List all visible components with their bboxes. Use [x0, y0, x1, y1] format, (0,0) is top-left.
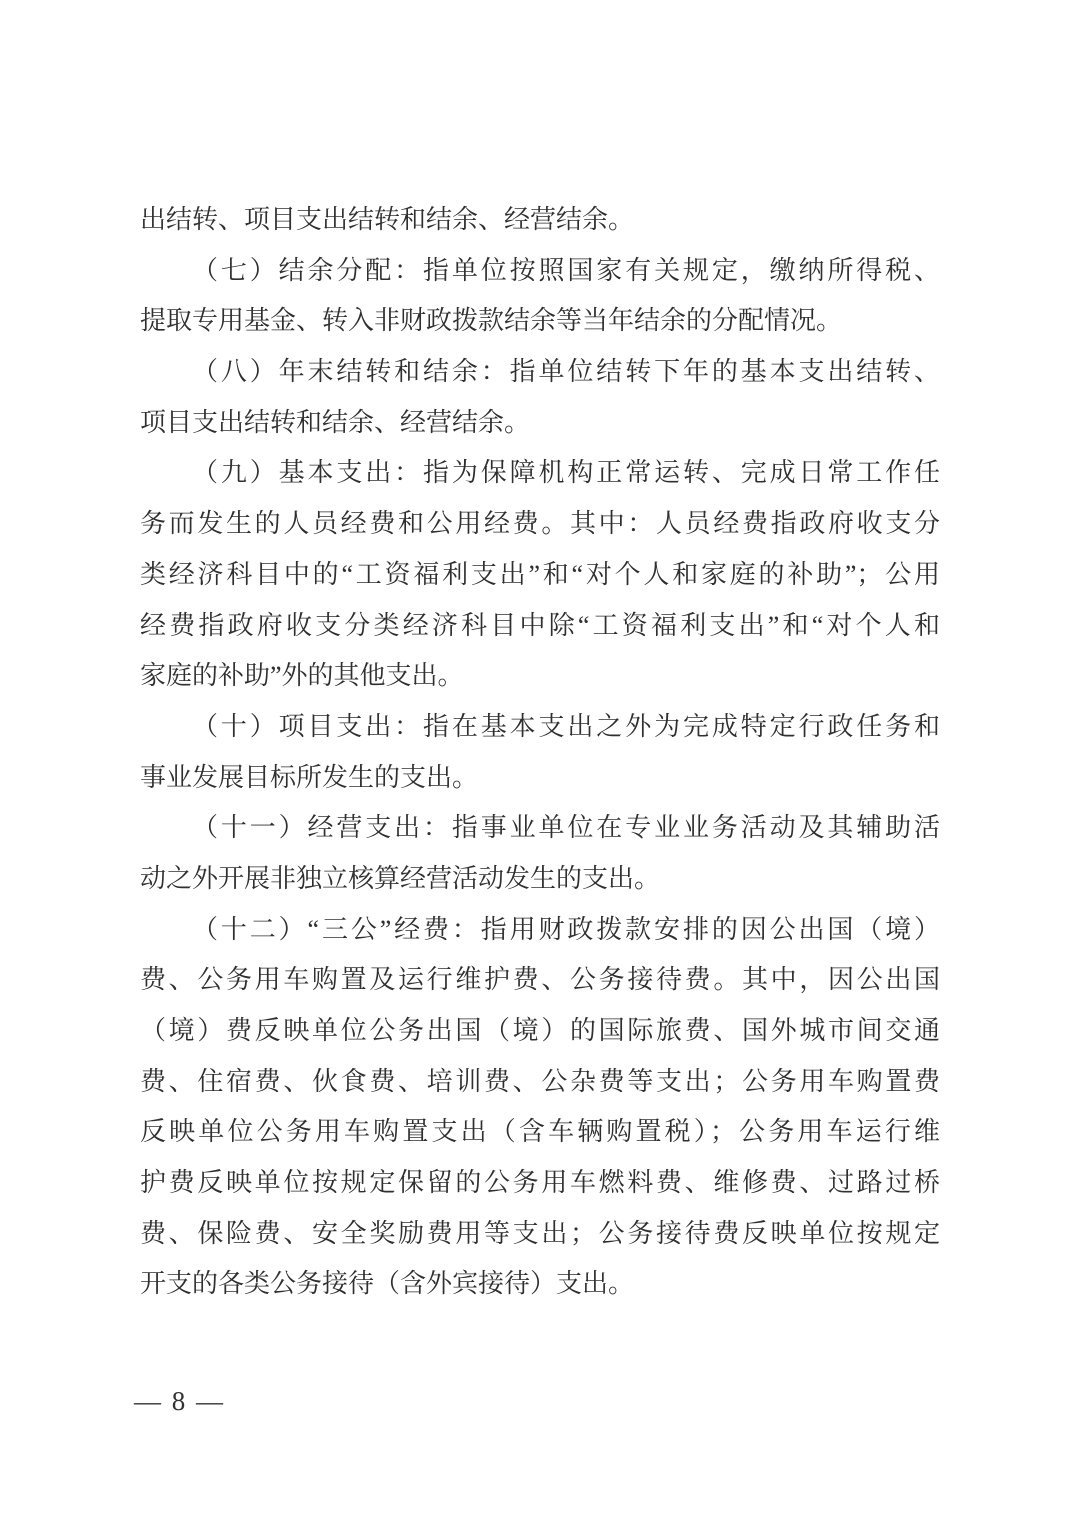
document-page: 出结转、项目支出结转和结余、经营结余。 （七）结余分配：指单位按照国家有关规定，… — [0, 0, 1074, 1520]
body-line: （八）年末结转和结余：指单位结转下年的基本支出结转、 — [140, 347, 940, 398]
body-line: 出结转、项目支出结转和结余、经营结余。 — [140, 195, 940, 246]
body-line: 费、住宿费、伙食费、培训费、公杂费等支出；公务用车购置费 — [140, 1057, 940, 1108]
body-line: （十二）“三公”经费：指用财政拨款安排的因公出国（境） — [140, 905, 940, 956]
body-line: 经费指政府收支分类经济科目中除“工资福利支出”和“对个人和 — [140, 601, 940, 652]
page-footer: — 8 — — [134, 1386, 225, 1417]
body-line: 护费反映单位按规定保留的公务用车燃料费、维修费、过路过桥 — [140, 1158, 940, 1209]
body-line: （七）结余分配：指单位按照国家有关规定，缴纳所得税、 — [140, 246, 940, 297]
document-body: 出结转、项目支出结转和结余、经营结余。 （七）结余分配：指单位按照国家有关规定，… — [140, 195, 940, 1310]
body-line: 反映单位公务用车购置支出（含车辆购置税）；公务用车运行维 — [140, 1107, 940, 1158]
body-line: 费、公务用车购置及运行维护费、公务接待费。其中，因公出国 — [140, 955, 940, 1006]
body-line: 费、保险费、安全奖励费用等支出；公务接待费反映单位按规定 — [140, 1209, 940, 1260]
page-number: — 8 — — [134, 1386, 225, 1416]
body-line: （十一）经营支出：指事业单位在专业业务活动及其辅助活 — [140, 803, 940, 854]
body-line: 家庭的补助”外的其他支出。 — [140, 651, 940, 702]
body-line: （十）项目支出：指在基本支出之外为完成特定行政任务和 — [140, 702, 940, 753]
body-line: 类经济科目中的“工资福利支出”和“对个人和家庭的补助”；公用 — [140, 550, 940, 601]
body-line: 开支的各类公务接待（含外宾接待）支出。 — [140, 1259, 940, 1310]
body-line: 提取专用基金、转入非财政拨款结余等当年结余的分配情况。 — [140, 296, 940, 347]
body-line: 务而发生的人员经费和公用经费。其中：人员经费指政府收支分 — [140, 499, 940, 550]
body-line: 项目支出结转和结余、经营结余。 — [140, 398, 940, 449]
body-line: （九）基本支出：指为保障机构正常运转、完成日常工作任 — [140, 448, 940, 499]
body-line: （境）费反映单位公务出国（境）的国际旅费、国外城市间交通 — [140, 1006, 940, 1057]
body-line: 动之外开展非独立核算经营活动发生的支出。 — [140, 854, 940, 905]
body-line: 事业发展目标所发生的支出。 — [140, 753, 940, 804]
